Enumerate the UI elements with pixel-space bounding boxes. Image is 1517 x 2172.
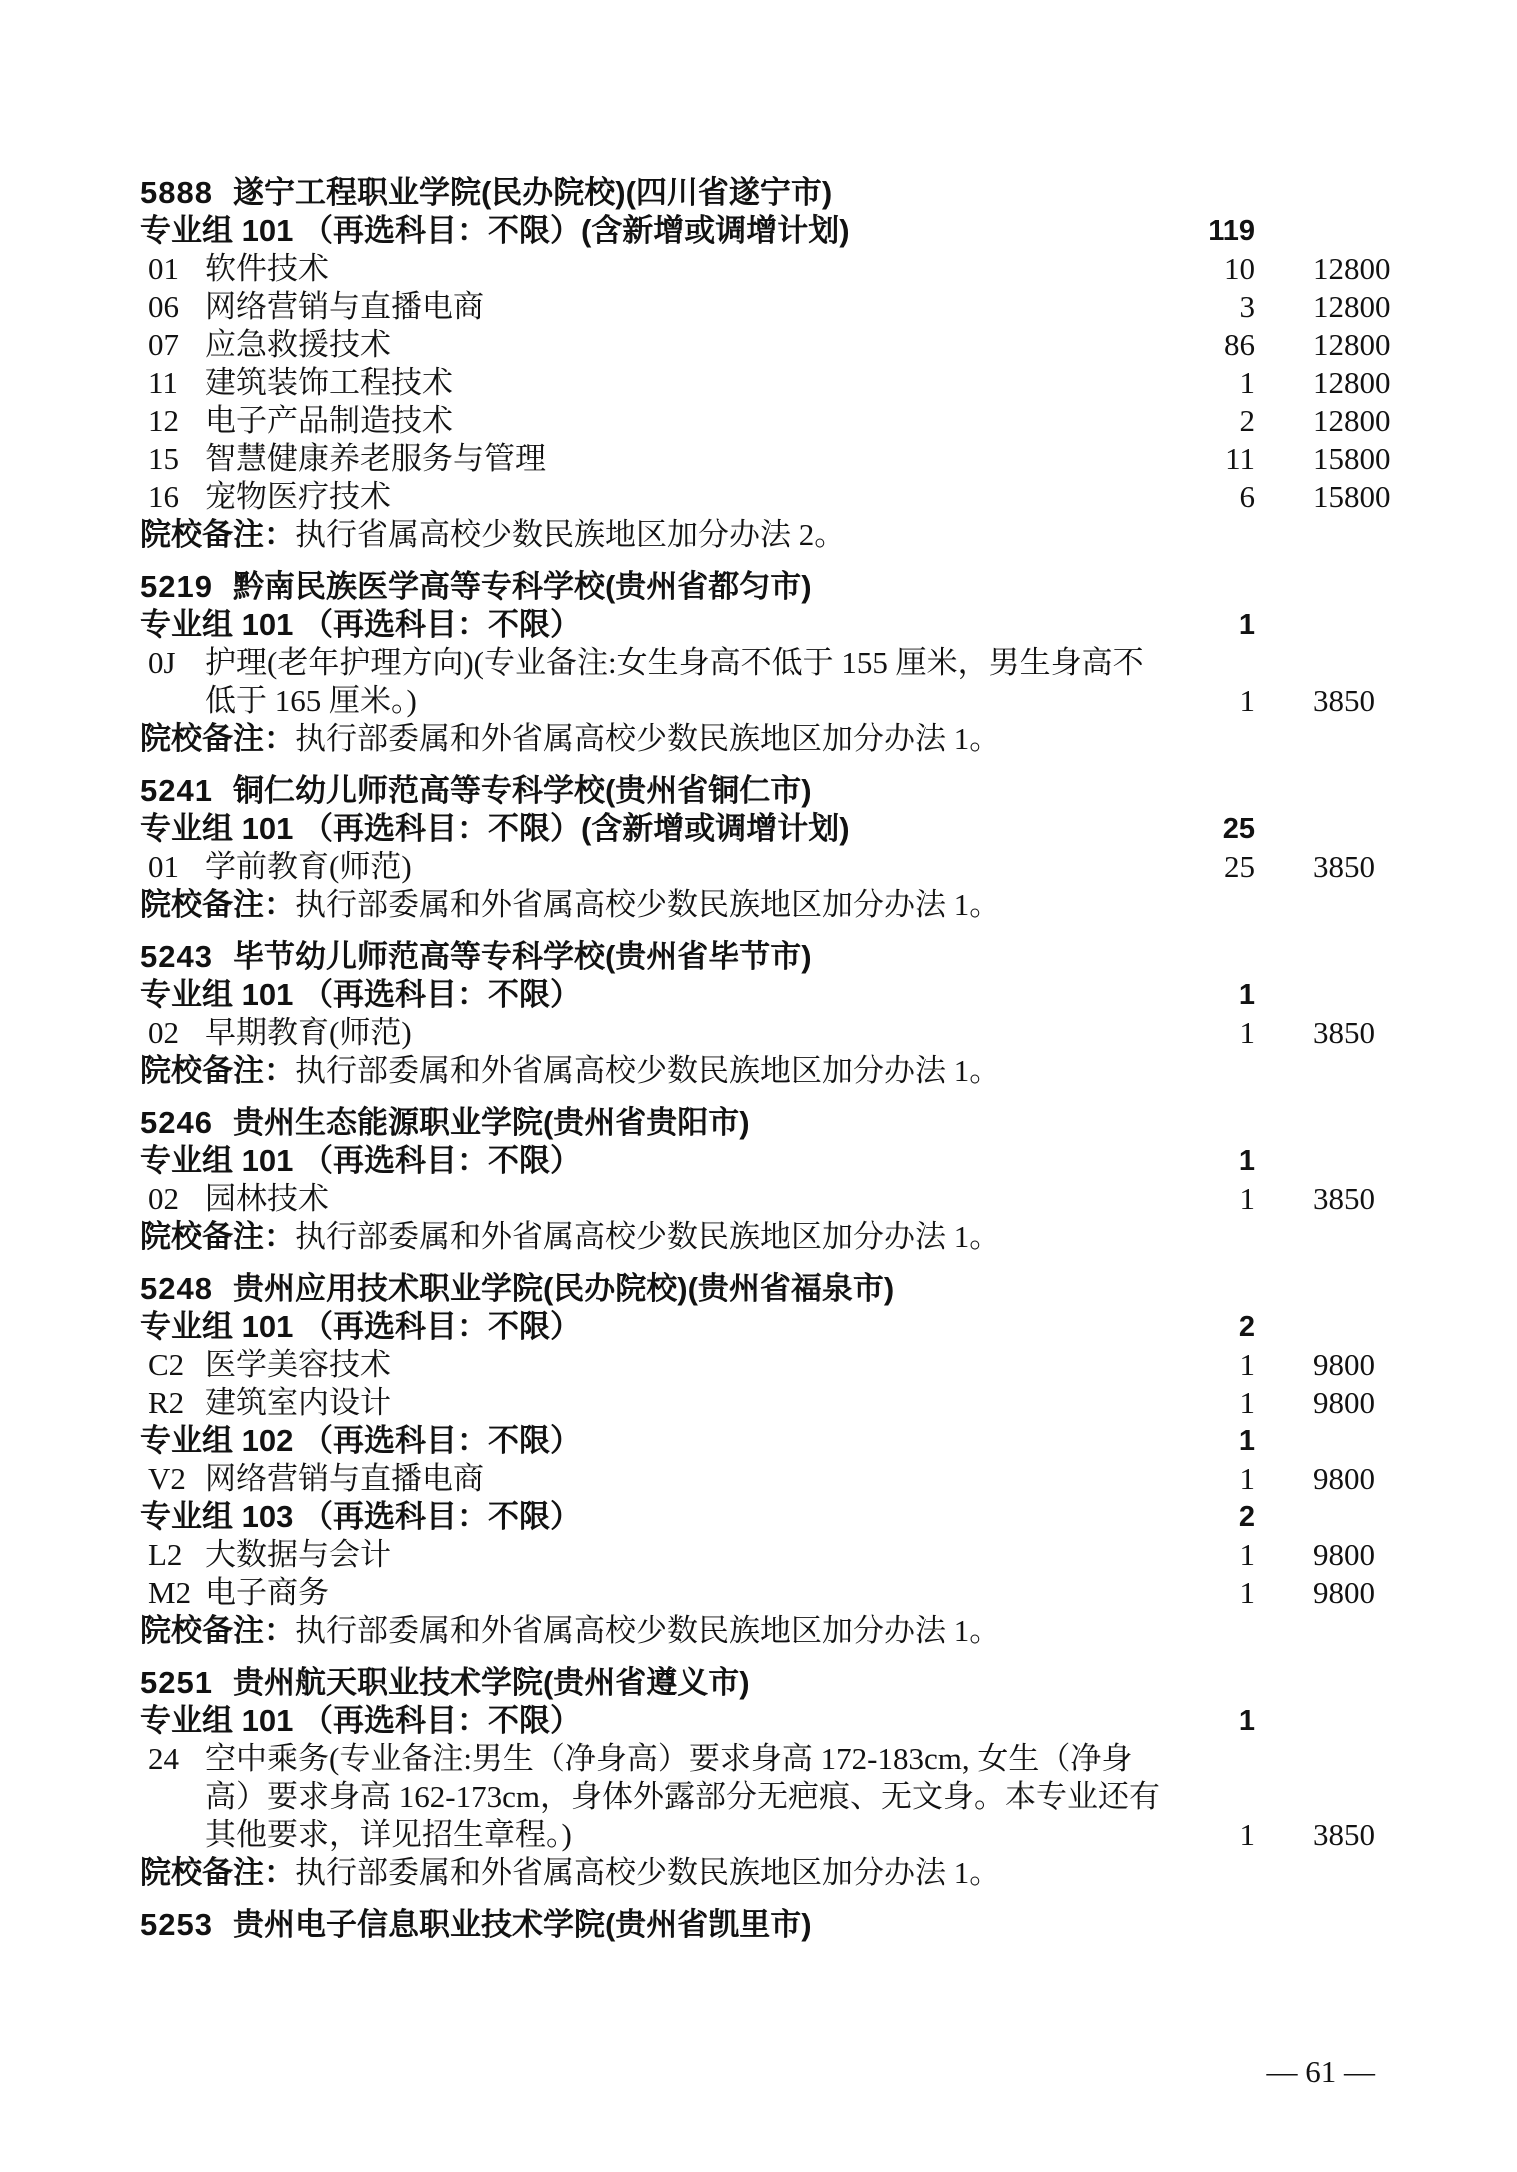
college-header-row: 5253贵州电子信息职业技术学院(贵州省凯里市)	[140, 1906, 1517, 1944]
plan-count: 25	[1224, 848, 1255, 886]
note-label: 院校备注：	[140, 517, 295, 552]
college-name: 黔南民族医学高等专科学校(贵州省都匀市)	[233, 569, 812, 604]
major-group-row: 专业组 101 （再选科目：不限）1	[0, 606, 1517, 644]
page-footer: — 61 —	[1267, 2053, 1376, 2091]
tuition-fee: 15800	[1313, 478, 1391, 516]
program-row: 01软件技术1012800	[0, 250, 1517, 288]
college-header-row: 5888遂宁工程职业学院(民办院校)(四川省遂宁市)	[140, 174, 1517, 212]
program-row: 0J护理(老年护理方向)(专业备注:女生身高不低于 155 厘米，男生身高不低于…	[0, 644, 1517, 720]
college-header-row: 5219黔南民族医学高等专科学校(贵州省都匀市)	[140, 568, 1517, 606]
note-row: 院校备注：执行部委属和外省属高校少数民族地区加分办法 1。	[140, 1612, 1517, 1650]
note-text: 执行部委属和外省属高校少数民族地区加分办法 1。	[295, 1219, 1000, 1254]
note-text: 执行部委属和外省属高校少数民族地区加分办法 1。	[295, 1053, 1000, 1088]
plan-count: 1	[1240, 1816, 1256, 1854]
program-row: L2大数据与会计19800	[0, 1536, 1517, 1574]
program-line: 护理(老年护理方向)(专业备注:女生身高不低于 155 厘米，男生身高不	[205, 644, 1517, 682]
tuition-fee: 3850	[1313, 1014, 1375, 1052]
tuition-fee: 9800	[1313, 1460, 1375, 1498]
note-row: 院校备注：执行部委属和外省属高校少数民族地区加分办法 1。	[140, 1052, 1517, 1090]
program-code: 07	[148, 326, 179, 364]
plan-count: 11	[1225, 440, 1255, 478]
note-text: 执行部委属和外省属高校少数民族地区加分办法 1。	[295, 1855, 1000, 1890]
group-label: 专业组 101 （再选科目：不限）	[140, 607, 581, 642]
program-row: C2医学美容技术19800	[0, 1346, 1517, 1384]
plan-count: 1	[1240, 1180, 1256, 1218]
college-code: 5248	[140, 1271, 213, 1306]
program-row: 06网络营销与直播电商312800	[0, 288, 1517, 326]
college-header-row: 5248贵州应用技术职业学院(民办院校)(贵州省福泉市)	[140, 1270, 1517, 1308]
plan-count: 1	[1240, 1346, 1256, 1384]
note-text: 执行部委属和外省属高校少数民族地区加分办法 1。	[295, 1613, 1000, 1648]
tuition-fee: 3850	[1313, 1816, 1375, 1854]
group-plan-count: 1	[1239, 1422, 1255, 1460]
major-group-row: 专业组 101 （再选科目：不限）1	[0, 976, 1517, 1014]
major-group-row: 专业组 101 （再选科目：不限）1	[0, 1142, 1517, 1180]
major-group-row: 专业组 101 （再选科目：不限）(含新增或调增计划)119	[0, 212, 1517, 250]
tuition-fee: 15800	[1313, 440, 1391, 478]
tuition-fee: 12800	[1313, 364, 1391, 402]
note-row: 院校备注：执行部委属和外省属高校少数民族地区加分办法 1。	[140, 720, 1517, 758]
plan-count: 6	[1240, 478, 1256, 516]
group-plan-count: 2	[1239, 1308, 1255, 1346]
program-row: 12电子产品制造技术212800	[0, 402, 1517, 440]
plan-count: 1	[1240, 1014, 1256, 1052]
program-code: 12	[148, 402, 179, 440]
program-code: 01	[148, 848, 179, 886]
college-block: 5219黔南民族医学高等专科学校(贵州省都匀市)专业组 101 （再选科目：不限…	[0, 568, 1517, 758]
program-line: 高）要求身高 162-173cm，身体外露部分无疤痕、无文身。本专业还有	[205, 1778, 1517, 1816]
note-label: 院校备注：	[140, 1219, 295, 1254]
college-block: 5251贵州航天职业技术学院(贵州省遵义市)专业组 101 （再选科目：不限）1…	[0, 1664, 1517, 1892]
group-label: 专业组 101 （再选科目：不限）	[140, 977, 581, 1012]
note-label: 院校备注：	[140, 1053, 295, 1088]
program-line: 空中乘务(专业备注:男生（净身高）要求身高 172-183cm, 女生（净身	[205, 1740, 1517, 1778]
tuition-fee: 9800	[1313, 1346, 1375, 1384]
group-plan-count: 25	[1223, 810, 1255, 848]
tuition-fee: 3850	[1313, 1180, 1375, 1218]
document-page: 5888遂宁工程职业学院(民办院校)(四川省遂宁市)专业组 101 （再选科目：…	[0, 0, 1517, 2172]
program-row: 07应急救援技术8612800	[0, 326, 1517, 364]
program-code: 24	[148, 1740, 179, 1778]
group-label: 专业组 103 （再选科目：不限）	[140, 1499, 581, 1534]
college-block: 5888遂宁工程职业学院(民办院校)(四川省遂宁市)专业组 101 （再选科目：…	[0, 174, 1517, 554]
college-name: 贵州生态能源职业学院(贵州省贵阳市)	[233, 1105, 750, 1140]
college-header-row: 5243毕节幼儿师范高等专科学校(贵州省毕节市)	[140, 938, 1517, 976]
college-name: 贵州应用技术职业学院(民办院校)(贵州省福泉市)	[233, 1271, 894, 1306]
college-name: 铜仁幼儿师范高等专科学校(贵州省铜仁市)	[233, 773, 812, 808]
group-plan-count: 1	[1239, 1142, 1255, 1180]
group-plan-count: 1	[1239, 1702, 1255, 1740]
group-plan-count: 119	[1208, 212, 1255, 250]
group-label: 专业组 101 （再选科目：不限）	[140, 1143, 581, 1178]
college-name: 遂宁工程职业学院(民办院校)(四川省遂宁市)	[233, 175, 832, 210]
page-number: — 61 —	[1267, 2054, 1376, 2089]
plan-count: 86	[1224, 326, 1255, 364]
tuition-fee: 9800	[1313, 1384, 1375, 1422]
program-code: C2	[148, 1346, 184, 1384]
college-name: 贵州电子信息职业技术学院(贵州省凯里市)	[233, 1907, 812, 1942]
note-label: 院校备注：	[140, 1855, 295, 1890]
college-block: 5248贵州应用技术职业学院(民办院校)(贵州省福泉市)专业组 101 （再选科…	[0, 1270, 1517, 1650]
group-label: 专业组 101 （再选科目：不限）	[140, 1309, 581, 1344]
major-group-row: 专业组 103 （再选科目：不限）2	[0, 1498, 1517, 1536]
program-code: 0J	[148, 644, 176, 682]
college-code: 5241	[140, 773, 213, 808]
program-code: 16	[148, 478, 179, 516]
note-text: 执行部委属和外省属高校少数民族地区加分办法 1。	[295, 721, 1000, 756]
program-row: M2电子商务19800	[0, 1574, 1517, 1612]
program-row: 16宠物医疗技术615800	[0, 478, 1517, 516]
tuition-fee: 3850	[1313, 682, 1375, 720]
tuition-fee: 12800	[1313, 250, 1391, 288]
college-name: 毕节幼儿师范高等专科学校(贵州省毕节市)	[233, 939, 812, 974]
college-code: 5243	[140, 939, 213, 974]
major-group-row: 专业组 102 （再选科目：不限）1	[0, 1422, 1517, 1460]
program-row: 11建筑装饰工程技术112800	[0, 364, 1517, 402]
major-group-row: 专业组 101 （再选科目：不限）(含新增或调增计划)25	[0, 810, 1517, 848]
note-row: 院校备注：执行部委属和外省属高校少数民族地区加分办法 1。	[140, 1854, 1517, 1892]
college-code: 5246	[140, 1105, 213, 1140]
group-label: 专业组 101 （再选科目：不限）(含新增或调增计划)	[140, 213, 850, 248]
college-name: 贵州航天职业技术学院(贵州省遵义市)	[233, 1665, 750, 1700]
tuition-fee: 9800	[1313, 1574, 1375, 1612]
program-code: 02	[148, 1180, 179, 1218]
tuition-fee: 12800	[1313, 326, 1391, 364]
college-block: 5241铜仁幼儿师范高等专科学校(贵州省铜仁市)专业组 101 （再选科目：不限…	[0, 772, 1517, 924]
group-plan-count: 1	[1239, 976, 1255, 1014]
note-label: 院校备注：	[140, 887, 295, 922]
program-code: R2	[148, 1384, 184, 1422]
college-code: 5888	[140, 175, 213, 210]
tuition-fee: 12800	[1313, 288, 1391, 326]
plan-count: 10	[1224, 250, 1255, 288]
group-plan-count: 1	[1239, 606, 1255, 644]
program-code: M2	[148, 1574, 191, 1612]
plan-count: 1	[1240, 1460, 1256, 1498]
program-row: 02园林技术13850	[0, 1180, 1517, 1218]
tuition-fee: 3850	[1313, 848, 1375, 886]
group-label: 专业组 101 （再选科目：不限）	[140, 1703, 581, 1738]
program-row: 24空中乘务(专业备注:男生（净身高）要求身高 172-183cm, 女生（净身…	[0, 1740, 1517, 1854]
plan-count: 1	[1240, 1384, 1256, 1422]
program-code: 11	[148, 364, 178, 402]
plan-count: 1	[1240, 682, 1256, 720]
program-row: 02早期教育(师范)13850	[0, 1014, 1517, 1052]
plan-count: 1	[1240, 364, 1256, 402]
college-code: 5219	[140, 569, 213, 604]
program-row: V2网络营销与直播电商19800	[0, 1460, 1517, 1498]
program-code: 02	[148, 1014, 179, 1052]
plan-count: 2	[1240, 402, 1256, 440]
program-row: 01学前教育(师范)253850	[0, 848, 1517, 886]
note-row: 院校备注：执行部委属和外省属高校少数民族地区加分办法 1。	[140, 1218, 1517, 1256]
plan-count: 1	[1240, 1536, 1256, 1574]
admission-plan-list: 5888遂宁工程职业学院(民办院校)(四川省遂宁市)专业组 101 （再选科目：…	[0, 174, 1517, 1944]
group-plan-count: 2	[1239, 1498, 1255, 1536]
note-text: 执行部委属和外省属高校少数民族地区加分办法 1。	[295, 887, 1000, 922]
college-block: 5243毕节幼儿师范高等专科学校(贵州省毕节市)专业组 101 （再选科目：不限…	[0, 938, 1517, 1090]
note-row: 院校备注：执行省属高校少数民族地区加分办法 2。	[140, 516, 1517, 554]
program-code: 01	[148, 250, 179, 288]
program-code: 06	[148, 288, 179, 326]
college-code: 5251	[140, 1665, 213, 1700]
group-label: 专业组 101 （再选科目：不限）(含新增或调增计划)	[140, 811, 850, 846]
note-label: 院校备注：	[140, 1613, 295, 1648]
major-group-row: 专业组 101 （再选科目：不限）1	[0, 1702, 1517, 1740]
tuition-fee: 12800	[1313, 402, 1391, 440]
program-row: 15智慧健康养老服务与管理1115800	[0, 440, 1517, 478]
college-header-row: 5251贵州航天职业技术学院(贵州省遵义市)	[140, 1664, 1517, 1702]
note-row: 院校备注：执行部委属和外省属高校少数民族地区加分办法 1。	[140, 886, 1517, 924]
program-code: L2	[148, 1536, 182, 1574]
college-block: 5246贵州生态能源职业学院(贵州省贵阳市)专业组 101 （再选科目：不限）1…	[0, 1104, 1517, 1256]
college-code: 5253	[140, 1907, 213, 1942]
program-code: 15	[148, 440, 179, 478]
group-label: 专业组 102 （再选科目：不限）	[140, 1423, 581, 1458]
plan-count: 3	[1240, 288, 1256, 326]
college-header-row: 5246贵州生态能源职业学院(贵州省贵阳市)	[140, 1104, 1517, 1142]
major-group-row: 专业组 101 （再选科目：不限）2	[0, 1308, 1517, 1346]
plan-count: 1	[1240, 1574, 1256, 1612]
program-row: R2建筑室内设计19800	[0, 1384, 1517, 1422]
program-code: V2	[148, 1460, 186, 1498]
note-label: 院校备注：	[140, 721, 295, 756]
note-text: 执行省属高校少数民族地区加分办法 2。	[295, 517, 845, 552]
tuition-fee: 9800	[1313, 1536, 1375, 1574]
college-block: 5253贵州电子信息职业技术学院(贵州省凯里市)	[0, 1906, 1517, 1944]
college-header-row: 5241铜仁幼儿师范高等专科学校(贵州省铜仁市)	[140, 772, 1517, 810]
